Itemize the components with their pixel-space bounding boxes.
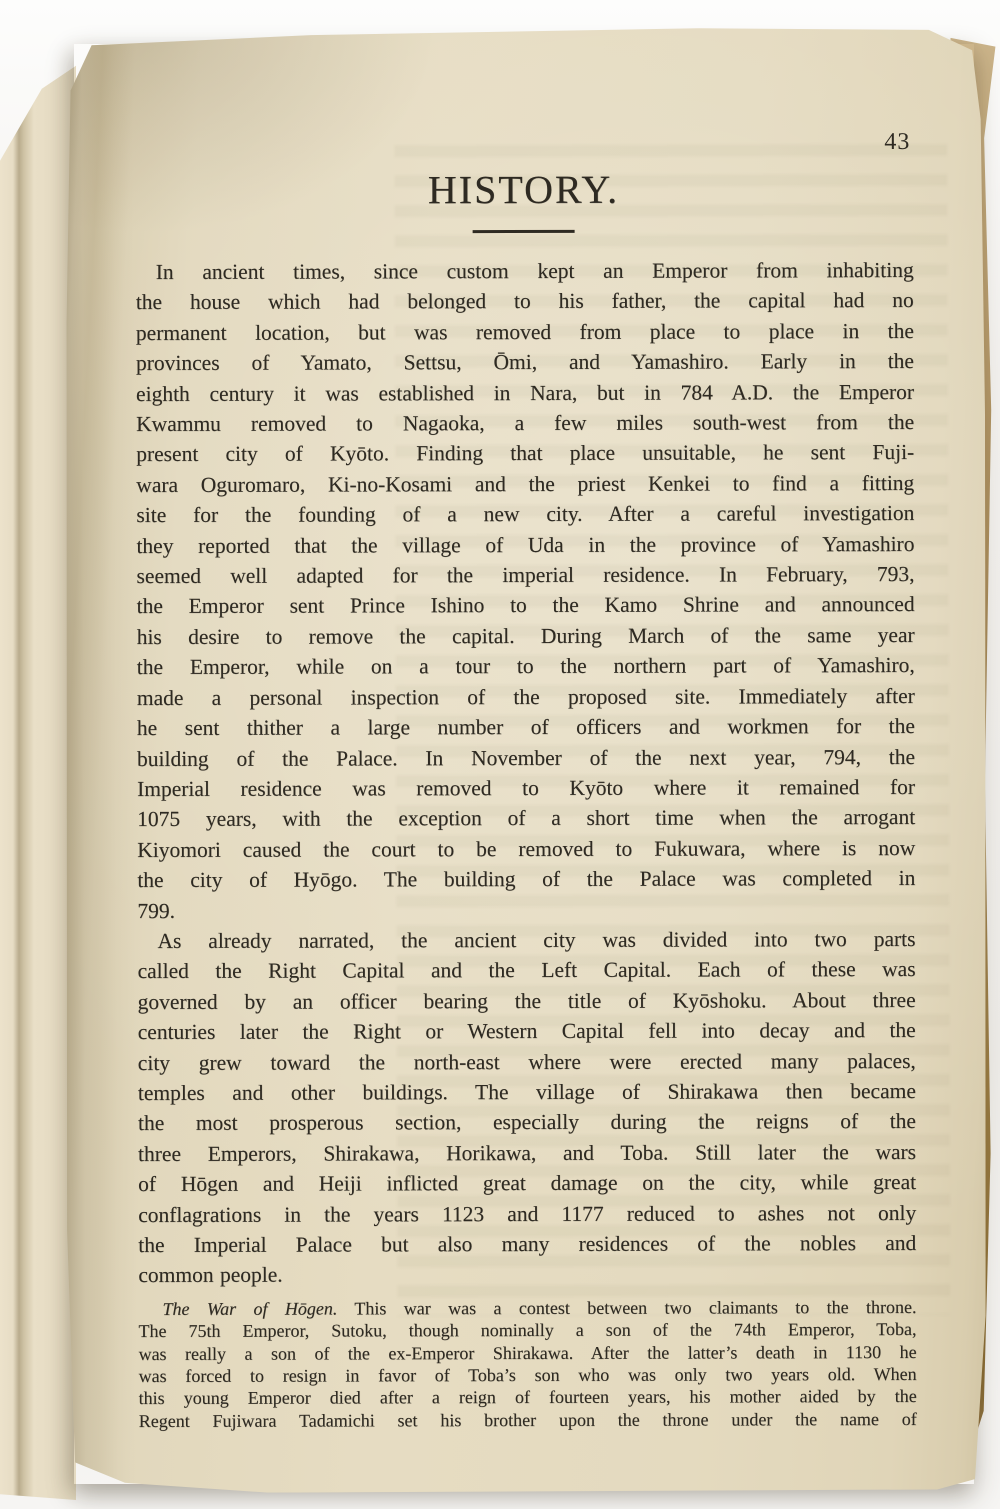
text-line: 799. xyxy=(137,894,915,926)
footnote-first-line: The War of Hōgen. This war was a contest… xyxy=(138,1296,916,1320)
title-divider-rule xyxy=(473,230,575,233)
text-line: the Emperor, while on a tour to the nort… xyxy=(137,650,915,682)
text-line: was really a son of the ex-Emperor Shira… xyxy=(139,1341,917,1365)
body-text: In ancient times, since custom kept an E… xyxy=(136,255,917,1432)
text-line: seemed well adapted for the imperial res… xyxy=(136,559,914,591)
text-line: site for the founding of a new city. Aft… xyxy=(136,498,914,530)
footnote-lead-italic: The War of Hōgen. xyxy=(162,1298,337,1318)
footnote-war-of-hogen: The War of Hōgen. This war was a contest… xyxy=(138,1296,916,1432)
text-line: of Hōgen and Heiji inflicted great damag… xyxy=(138,1167,916,1199)
text-line: permanent location, but was removed from… xyxy=(136,316,914,348)
text-line: the Emperor sent Prince Ishino to the Ka… xyxy=(137,589,915,621)
text-line: Regent Fujiwara Tadamichi set his brothe… xyxy=(139,1408,917,1432)
text-line: city grew toward the north-east where we… xyxy=(138,1046,916,1078)
footnote-lines: The 75th Emperor, Sutoku, though nominal… xyxy=(138,1318,916,1432)
text-line: Imperial residence was removed to Kyōto … xyxy=(137,772,915,804)
text-line: In ancient times, since custom kept an E… xyxy=(136,255,914,287)
text-line: this young Emperor died after a reign of… xyxy=(139,1385,917,1409)
text-line: provinces of Yamato, Settsu, Ōmi, and Ya… xyxy=(136,346,914,378)
text-line: eighth century it was established in Nar… xyxy=(136,377,914,409)
facing-page-edge xyxy=(0,60,76,1500)
text-line: he sent thither a large number of office… xyxy=(137,711,915,743)
page-title: HISTORY. xyxy=(134,165,912,214)
text-line: the house which had belonged to his fath… xyxy=(136,285,914,317)
text-line: called the Right Capital and the Left Ca… xyxy=(138,954,916,986)
text-line: Kwammu removed to Nagaoka, a few miles s… xyxy=(136,407,914,439)
text-line: 1075 years, with the exception of a shor… xyxy=(137,802,915,834)
book-photo-scene: 43 HISTORY. In ancient times, since cust… xyxy=(0,0,1000,1509)
chapter-header: HISTORY. xyxy=(134,165,912,234)
text-line: his desire to remove the capital. During… xyxy=(137,620,915,652)
text-line: the Imperial Palace but also many reside… xyxy=(138,1228,916,1260)
paragraph-two-capitals: As already narrated, the ancient city wa… xyxy=(137,924,916,1291)
paragraph-capital-history: In ancient times, since custom kept an E… xyxy=(136,255,916,926)
page-number: 43 xyxy=(62,129,910,158)
text-line: centuries later the Right or Western Cap… xyxy=(138,1015,916,1047)
text-line: Kiyomori caused the court to be removed … xyxy=(137,833,915,865)
text-line: building of the Palace. In November of t… xyxy=(137,741,915,773)
text-line: temples and other buildings. The village… xyxy=(138,1076,916,1108)
text-line: three Emperors, Shirakawa, Horikawa, and… xyxy=(138,1137,916,1169)
text-line: wara Oguromaro, Ki-no-Kosami and the pri… xyxy=(136,468,914,500)
footnote-first-line-rest: This war was a contest between two claim… xyxy=(354,1297,916,1318)
text-line: the most prosperous section, especially … xyxy=(138,1106,916,1138)
text-line: they reported that the village of Uda in… xyxy=(136,529,914,561)
text-line: was forced to resign in favor of Toba’s … xyxy=(139,1363,917,1387)
text-line: present city of Kyōto. Finding that plac… xyxy=(136,437,914,469)
text-line: As already narrated, the ancient city wa… xyxy=(137,924,915,956)
book-page: 43 HISTORY. In ancient times, since cust… xyxy=(62,27,988,1493)
text-line: The 75th Emperor, Sutoku, though nominal… xyxy=(138,1318,916,1342)
text-line: governed by an officer bearing the title… xyxy=(138,985,916,1017)
text-line: common people. xyxy=(138,1258,916,1290)
text-line: made a personal inspection of the propos… xyxy=(137,681,915,713)
text-line: conflagrations in the years 1123 and 117… xyxy=(138,1198,916,1230)
text-line: the city of Hyōgo. The building of the P… xyxy=(137,863,915,895)
